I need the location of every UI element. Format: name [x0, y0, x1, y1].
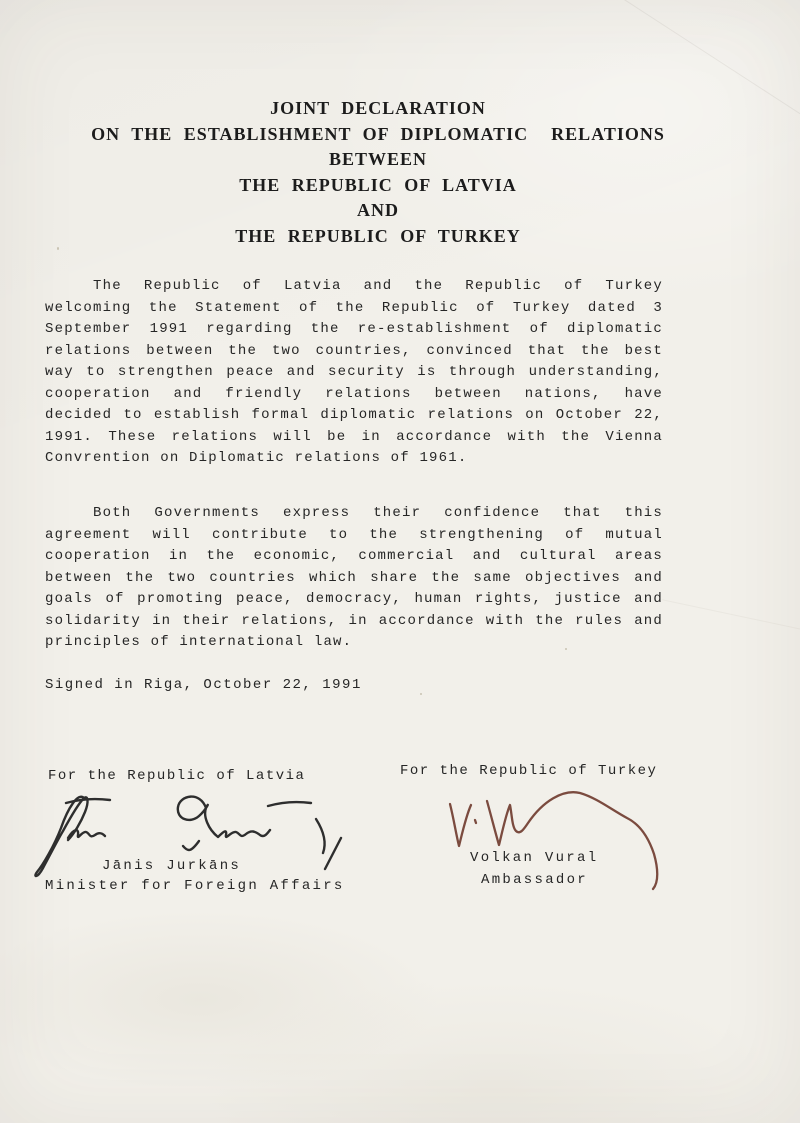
turkey-signature-heading: For the Republic of Turkey — [400, 761, 657, 781]
body-line: Both Governments express their confidenc… — [45, 503, 663, 525]
paragraph-2: Both Governments express their confidenc… — [45, 503, 663, 654]
body-line: between the two countries which share th… — [45, 568, 663, 590]
body-line: Convrention on Diplomatic relations of 1… — [45, 448, 663, 470]
title-line: JOINT DECLARATION — [0, 96, 756, 122]
body-line: agreement will contribute to the strengt… — [45, 525, 663, 547]
latvia-signature-heading: For the Republic of Latvia — [48, 766, 305, 786]
turkey-signatory-name: Volkan Vural — [470, 848, 598, 868]
latvia-signatory-role: Minister for Foreign Affairs — [45, 876, 345, 896]
body-line: goals of promoting peace, democracy, hum… — [45, 589, 663, 611]
body-line: principles of international law. — [45, 632, 663, 654]
title-line: THE REPUBLIC OF TURKEY — [0, 224, 756, 250]
signed-line: Signed in Riga, October 22, 1991 — [45, 675, 362, 697]
document-title: JOINT DECLARATION ON THE ESTABLISHMENT O… — [0, 96, 756, 250]
latvia-signatory-name: Jānis Jurkāns — [102, 856, 241, 876]
scanned-document-page: JOINT DECLARATION ON THE ESTABLISHMENT O… — [0, 0, 800, 1123]
body-line: The Republic of Latvia and the Republic … — [45, 276, 663, 298]
title-line: ON THE ESTABLISHMENT OF DIPLOMATIC RELAT… — [0, 122, 756, 148]
body-line: cooperation and friendly relations betwe… — [45, 384, 663, 406]
body-line: solidarity in their relations, in accord… — [45, 611, 663, 633]
title-line: BETWEEN — [0, 147, 756, 173]
title-line: THE REPUBLIC OF LATVIA — [0, 173, 756, 199]
title-line: AND — [0, 198, 756, 224]
body-line: September 1991 regarding the re-establis… — [45, 319, 663, 341]
body-line: relations between the two countries, con… — [45, 341, 663, 363]
body-line: cooperation in the economic, commercial … — [45, 546, 663, 568]
turkey-signatory-role: Ambassador — [481, 870, 588, 890]
body-line: 1991. These relations will be in accorda… — [45, 427, 663, 449]
body-line: decided to establish formal diplomatic r… — [45, 405, 663, 427]
paper-speck — [420, 693, 422, 695]
body-line: way to strengthen peace and security is … — [45, 362, 663, 384]
paper-crease — [662, 599, 800, 642]
body-line: welcoming the Statement of the Republic … — [45, 298, 663, 320]
paragraph-1: The Republic of Latvia and the Republic … — [45, 276, 663, 470]
